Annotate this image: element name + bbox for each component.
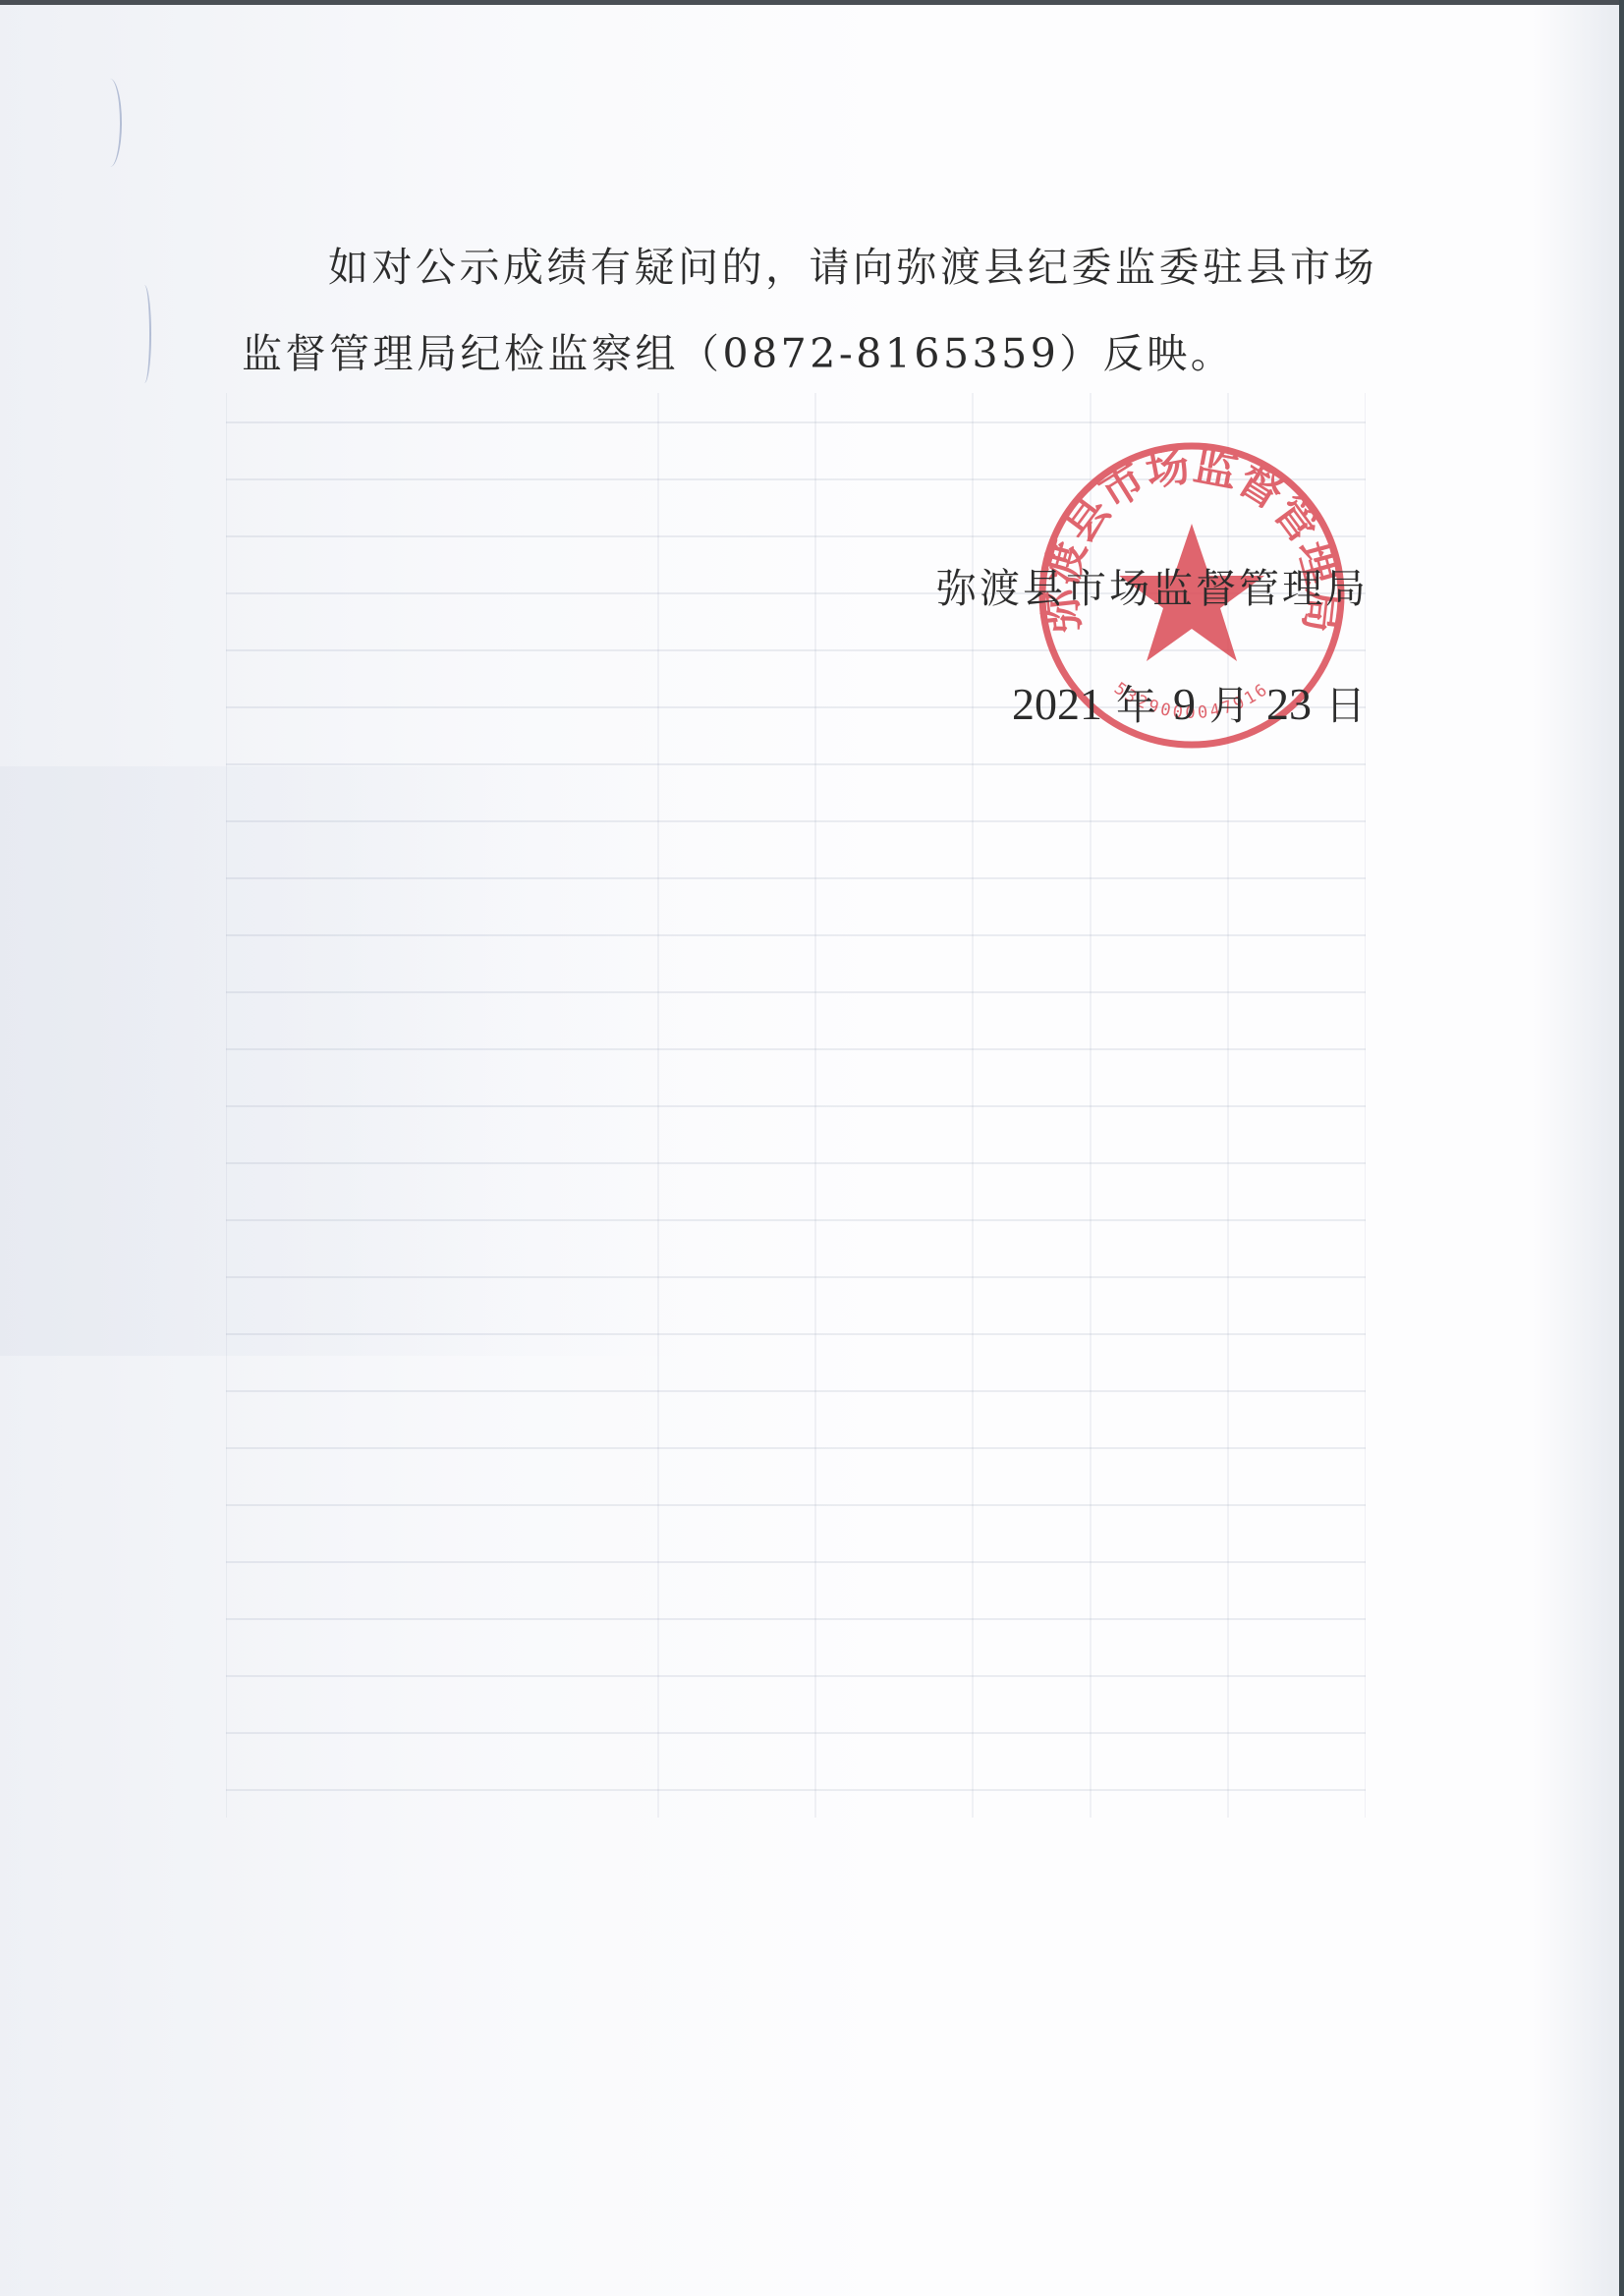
date-month: 9 — [1173, 679, 1196, 729]
notice-paragraph: 如对公示成绩有疑问的，请向弥渡县纪委监委驻县市场监督管理局纪检监察组（0872-… — [242, 224, 1381, 397]
date-day: 23 — [1266, 679, 1312, 729]
date-year-suffix: 年 — [1116, 682, 1159, 729]
date-month-suffix: 月 — [1209, 682, 1253, 729]
issue-date: 2021年9月23日 — [936, 671, 1369, 738]
date-year: 2021 — [1012, 679, 1102, 729]
binding-hole-mark — [98, 79, 122, 167]
date-day-suffix: 日 — [1325, 682, 1369, 729]
scan-edge-top — [0, 0, 1624, 5]
scan-edge-right — [1619, 0, 1624, 2296]
notice-body: 如对公示成绩有疑问的，请向弥渡县纪委监委驻县市场监督管理局纪检监察组（0872-… — [242, 224, 1381, 397]
issuing-organization: 弥渡县市场监督管理局 — [936, 555, 1369, 622]
binding-hole-mark — [138, 285, 151, 383]
signature-block: 弥渡县市场监督管理局 2021年9月23日 — [936, 555, 1369, 738]
